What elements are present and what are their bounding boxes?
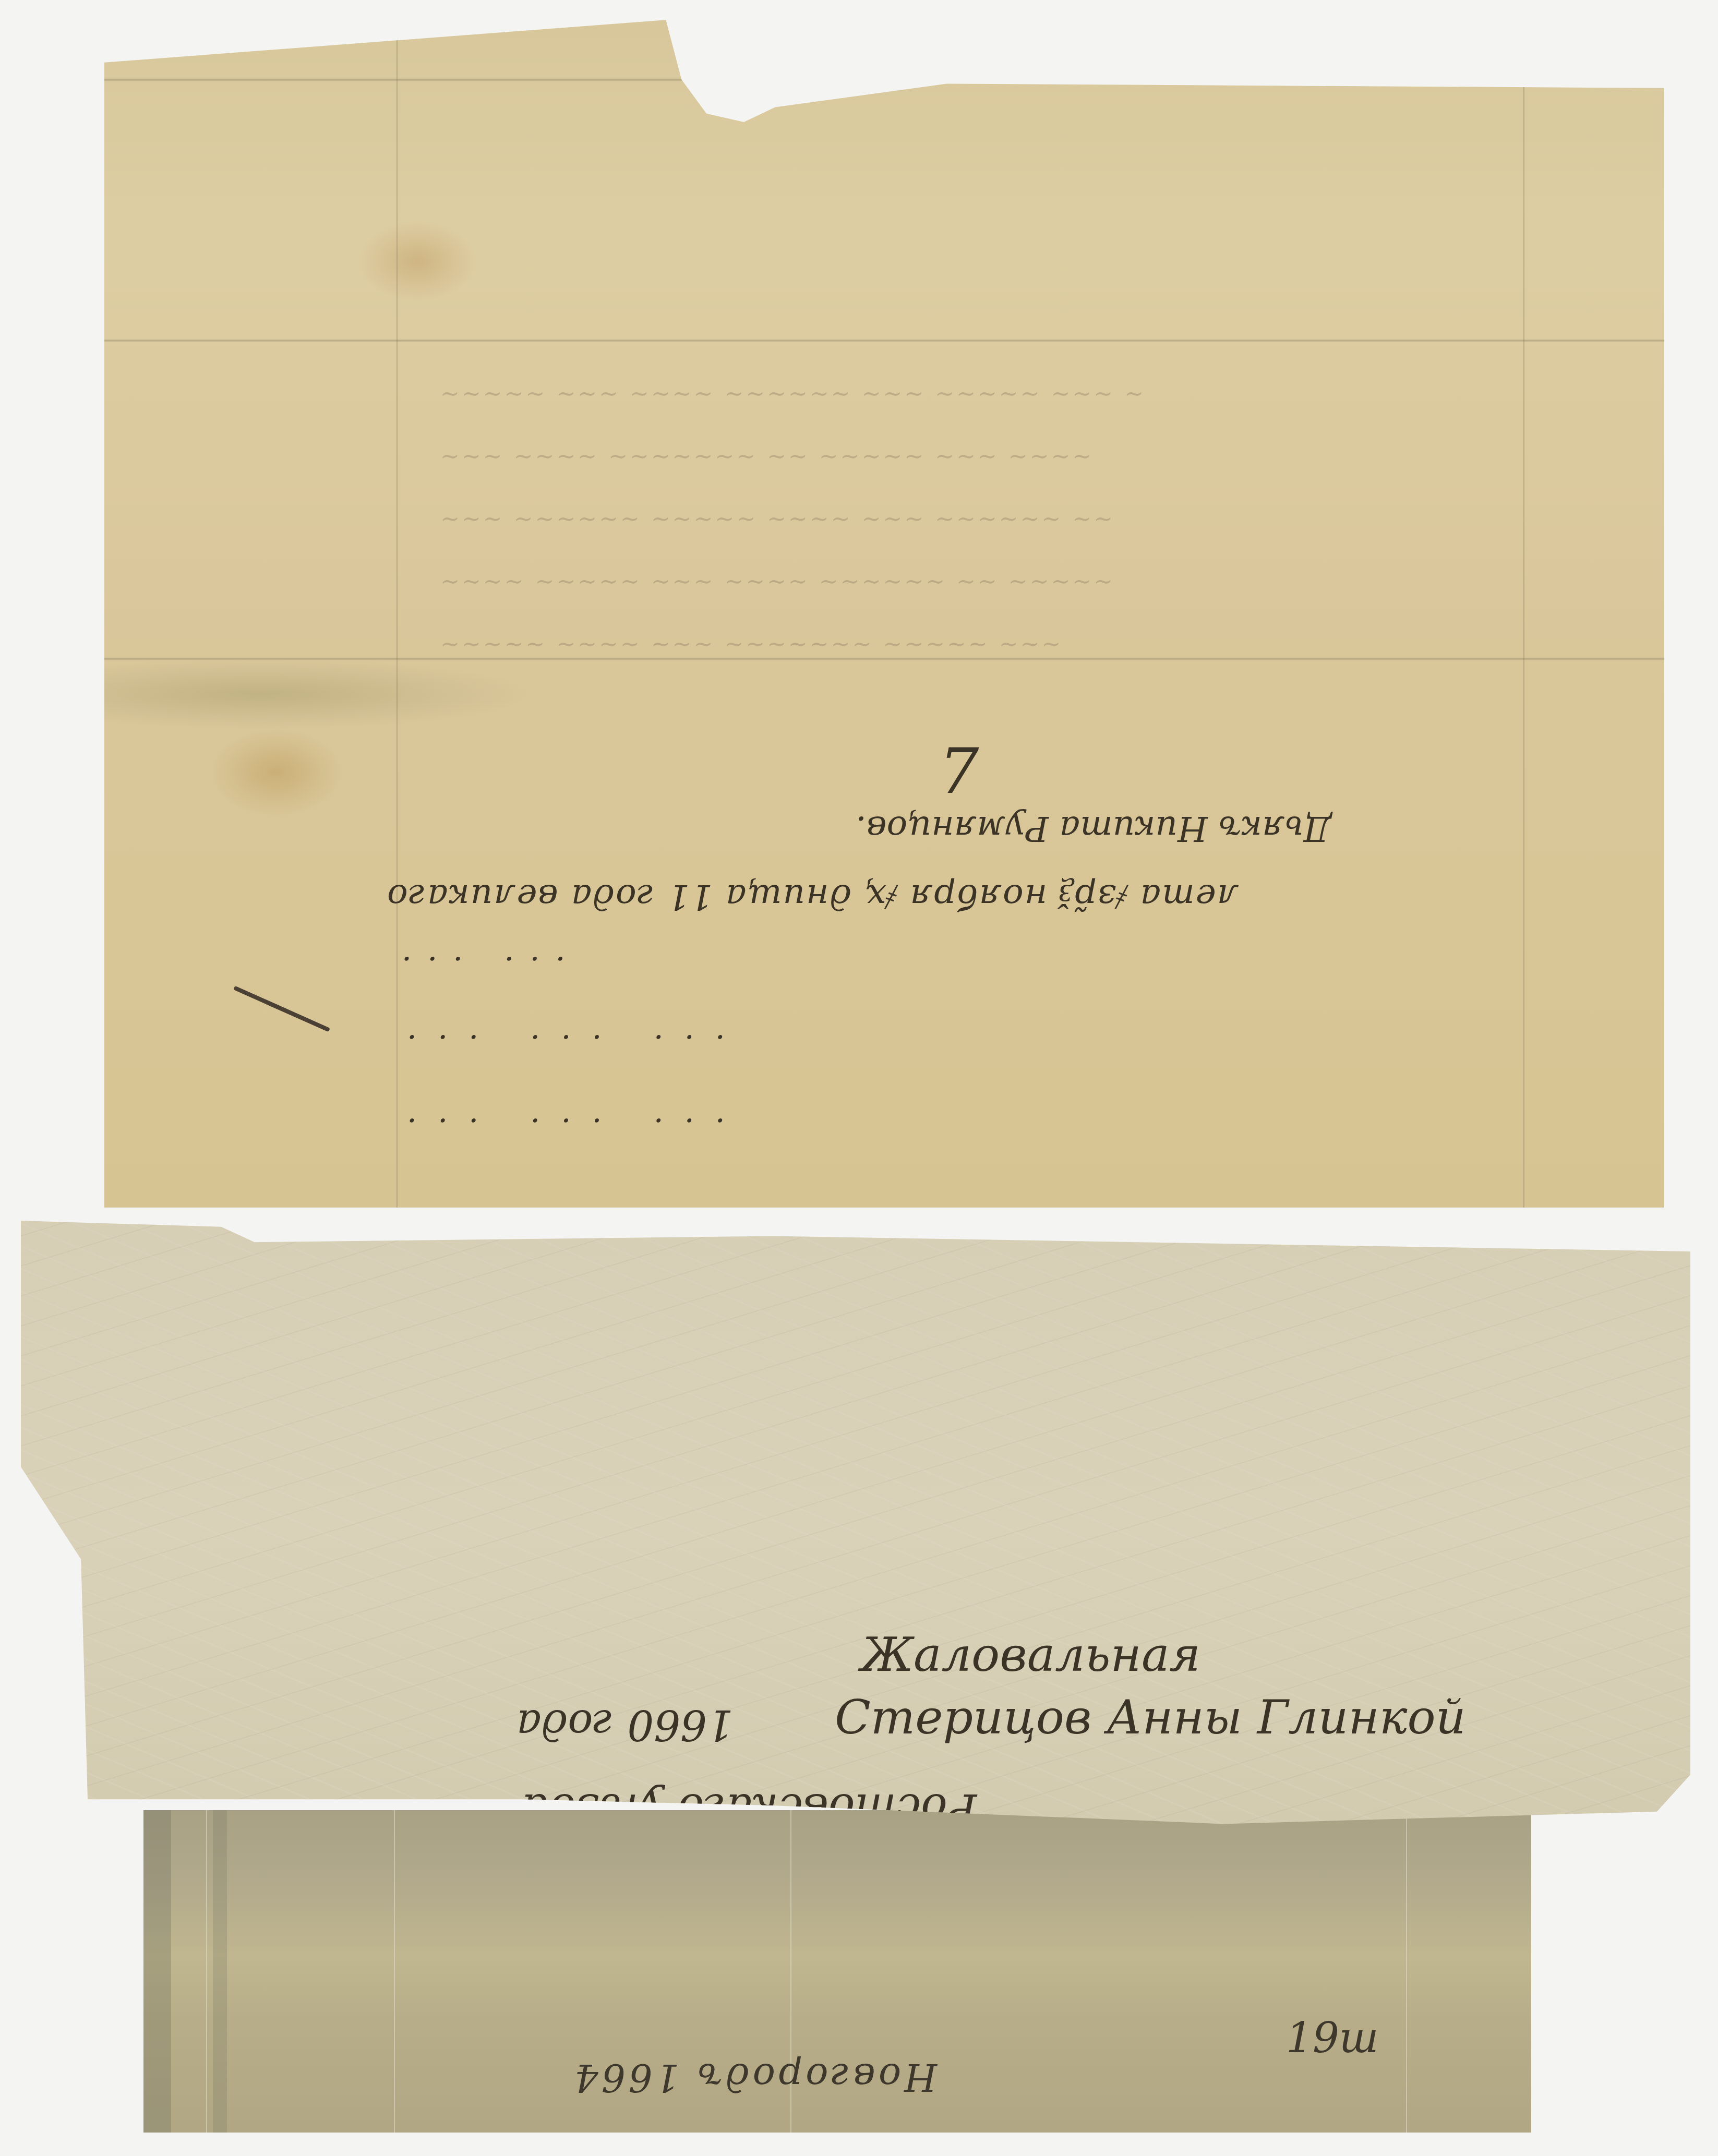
- manuscript-line: ... ...: [386, 949, 566, 986]
- bleed-through-text: ~ ~~~ ~~~~~ ~~~ ~~~~~~ ~~~~ ~~~ ~~~~~: [438, 381, 1144, 407]
- bleed-through-text: ~~ ~~~~~~ ~~~ ~~~~ ~~~~~ ~~~~~~ ~~~: [438, 506, 1113, 533]
- fold-line-horizontal: [104, 78, 1664, 81]
- title-line-1: Жаловальная: [861, 1628, 1200, 1682]
- scan-streak: [1406, 1810, 1407, 2133]
- bottom-strip-sheet: 19ш Новгородъ 1664: [143, 1810, 1531, 2133]
- manuscript-line: лета ҂зр̃ѯ ноября ҂ҳ днища 11 года велик…: [386, 876, 1239, 917]
- manuscript-line: Дьякъ Никита Румянцов.: [856, 809, 1331, 849]
- year-upside: 1660 года: [516, 1701, 734, 1749]
- page-number-mark: 7: [939, 736, 979, 808]
- scan-streak: [206, 1810, 207, 2133]
- fold-line-horizontal: [104, 339, 1664, 342]
- bleed-through-text: ~~~ ~~~~~ ~~~~~~~ ~~~ ~~~~ ~~~~~: [438, 631, 1061, 658]
- bleed-through-text: ~~~~~ ~~ ~~~~~~ ~~~~ ~~~ ~~~~~ ~~~~: [438, 569, 1113, 595]
- folio-number-mark: 19ш: [1286, 2014, 1379, 2062]
- manuscript-line: ... ... ...: [386, 1111, 725, 1148]
- bottom-upside-text: Новгородъ 1664: [571, 2055, 937, 2099]
- manuscript-line: ... ... ...: [386, 1028, 725, 1064]
- tissue-overlay-sheet: Жаловальная Стерицов Анны Глинкой 1660 г…: [21, 1221, 1690, 1836]
- bleed-through-text: ~~~~ ~~~ ~~~~~ ~~ ~~~~~~~ ~~~~ ~~~: [438, 443, 1091, 470]
- scan-streak: [394, 1810, 395, 2133]
- title-line-2: Стерицов Анны Глинкой: [835, 1690, 1466, 1745]
